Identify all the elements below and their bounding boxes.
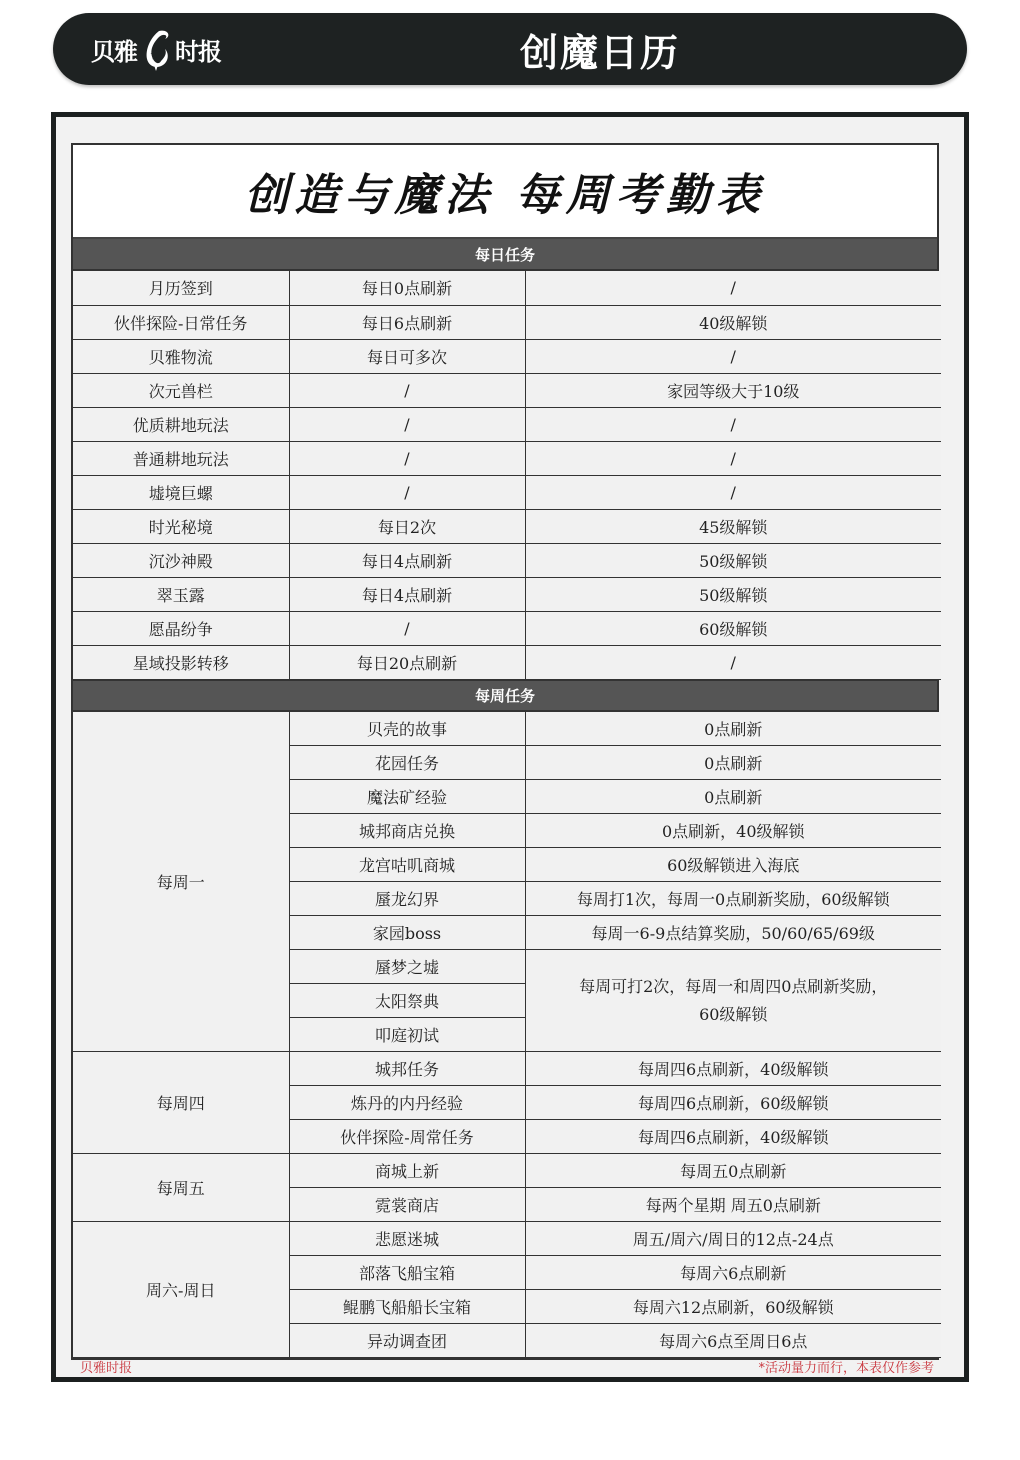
cell-name: 太阳祭典 — [289, 984, 525, 1018]
cell-note: 每周五0点刷新 — [525, 1154, 941, 1188]
table-row: 伙伴探险-日常任务每日6点刷新40级解锁 — [73, 305, 941, 339]
cell-name: 普通耕地玩法 — [73, 441, 289, 475]
weekly-tasks-table: 每周一贝壳的故事0点刷新花园任务0点刷新魔法矿经验0点刷新城邦商店兑换0点刷新，… — [73, 712, 941, 1359]
section-header-daily: 每日任务 — [73, 239, 937, 271]
cell-name: 花园任务 — [289, 746, 525, 780]
cell-note: 45级解锁 — [525, 509, 941, 543]
table-row: 沉沙神殿每日4点刷新50级解锁 — [73, 543, 941, 577]
cell-name: 魔法矿经验 — [289, 780, 525, 814]
table-row: 时光秘境每日2次45级解锁 — [73, 509, 941, 543]
cell-refresh: 每日可多次 — [289, 339, 525, 373]
cell-name: 霓裳商店 — [289, 1188, 525, 1222]
cell-name: 墟境巨螺 — [73, 475, 289, 509]
cell-note: 0点刷新 — [525, 746, 941, 780]
footer-disclaimer: *活动量力而行，本表仅作参考 — [758, 1357, 934, 1376]
attendance-sheet: 创造与魔法 每周考勤表 每日任务 月历签到每日0点刷新/伙伴探险-日常任务每日6… — [51, 112, 969, 1382]
cell-day: 每周四 — [73, 1052, 289, 1154]
table-row: 每周五商城上新每周五0点刷新 — [73, 1154, 941, 1188]
cell-day: 每周一 — [73, 712, 289, 1052]
cell-name: 伙伴探险-日常任务 — [73, 305, 289, 339]
table-row: 优质耕地玩法// — [73, 407, 941, 441]
table-row: 贝雅物流每日可多次/ — [73, 339, 941, 373]
cell-note: / — [525, 645, 941, 679]
cell-name: 月历签到 — [73, 271, 289, 305]
cell-name: 炼丹的内丹经验 — [289, 1086, 525, 1120]
cell-note: / — [525, 441, 941, 475]
cell-refresh: / — [289, 373, 525, 407]
cell-note: 每周六12点刷新，60级解锁 — [525, 1290, 941, 1324]
table-row: 普通耕地玩法// — [73, 441, 941, 475]
cell-refresh: / — [289, 441, 525, 475]
cell-note: 每周打1次，每周一0点刷新奖励，60级解锁 — [525, 882, 941, 916]
cell-name: 鲲鹏飞船船长宝箱 — [289, 1290, 525, 1324]
cell-note: / — [525, 407, 941, 441]
cell-note: / — [525, 339, 941, 373]
daily-tasks-table: 月历签到每日0点刷新/伙伴探险-日常任务每日6点刷新40级解锁贝雅物流每日可多次… — [73, 271, 941, 680]
cell-note: 50级解锁 — [525, 577, 941, 611]
footer-source: 贝雅时报 — [80, 1357, 132, 1376]
cell-name: 蜃梦之墟 — [289, 950, 525, 984]
cell-refresh: / — [289, 407, 525, 441]
cell-note: 每周四6点刷新，40级解锁 — [525, 1052, 941, 1086]
cell-name: 沉沙神殿 — [73, 543, 289, 577]
table-row: 周六-周日悲愿迷城周五/周六/周日的12点-24点 — [73, 1222, 941, 1256]
cell-note: 60级解锁进入海底 — [525, 848, 941, 882]
table-row: 每周一贝壳的故事0点刷新 — [73, 712, 941, 746]
cell-name: 优质耕地玩法 — [73, 407, 289, 441]
cell-name: 悲愿迷城 — [289, 1222, 525, 1256]
merged-note-line2: 60级解锁 — [526, 1001, 942, 1029]
attendance-table: 创造与魔法 每周考勤表 每日任务 月历签到每日0点刷新/伙伴探险-日常任务每日6… — [71, 143, 939, 1360]
cell-note: 60级解锁 — [525, 611, 941, 645]
cell-note: / — [525, 271, 941, 305]
cell-note: 每周一6-9点结算奖励，50/60/65/69级 — [525, 916, 941, 950]
cell-name: 叩庭初试 — [289, 1018, 525, 1052]
table-row: 每周四城邦任务每周四6点刷新，40级解锁 — [73, 1052, 941, 1086]
cell-name: 贝雅物流 — [73, 339, 289, 373]
cell-name: 时光秘境 — [73, 509, 289, 543]
cell-name: 家园boss — [289, 916, 525, 950]
cell-note: 0点刷新，40级解锁 — [525, 814, 941, 848]
cell-name: 贝壳的故事 — [289, 712, 525, 746]
cell-note: 周五/周六/周日的12点-24点 — [525, 1222, 941, 1256]
cell-note-merged: 每周可打2次，每周一和周四0点刷新奖励，60级解锁 — [525, 950, 941, 1052]
cell-refresh: 每日4点刷新 — [289, 577, 525, 611]
table-row: 愿晶纷争/60级解锁 — [73, 611, 941, 645]
document-title: 创造与魔法 每周考勤表 — [73, 145, 937, 239]
cell-refresh: 每日4点刷新 — [289, 543, 525, 577]
cell-name: 伙伴探险-周常任务 — [289, 1120, 525, 1154]
cell-refresh: 每日2次 — [289, 509, 525, 543]
cell-name: 星域投影转移 — [73, 645, 289, 679]
table-row: 墟境巨螺// — [73, 475, 941, 509]
cell-refresh: / — [289, 475, 525, 509]
cell-day: 周六-周日 — [73, 1222, 289, 1358]
cell-name: 城邦任务 — [289, 1052, 525, 1086]
cell-note: 每周四6点刷新，60级解锁 — [525, 1086, 941, 1120]
header-bar: 贝雅 时报 创魔日历 — [53, 13, 967, 85]
cell-refresh: / — [289, 611, 525, 645]
cell-refresh: 每日6点刷新 — [289, 305, 525, 339]
cell-name: 异动调查团 — [289, 1324, 525, 1358]
cell-note: 50级解锁 — [525, 543, 941, 577]
cell-refresh: 每日20点刷新 — [289, 645, 525, 679]
table-row: 星域投影转移每日20点刷新/ — [73, 645, 941, 679]
page-title: 创魔日历 — [53, 13, 967, 85]
cell-note: 0点刷新 — [525, 712, 941, 746]
cell-note: 家园等级大于10级 — [525, 373, 941, 407]
cell-name: 部落飞船宝箱 — [289, 1256, 525, 1290]
cell-note: 每两个星期 周五0点刷新 — [525, 1188, 941, 1222]
cell-name: 次元兽栏 — [73, 373, 289, 407]
cell-note: / — [525, 475, 941, 509]
cell-name: 城邦商店兑换 — [289, 814, 525, 848]
cell-name: 蜃龙幻界 — [289, 882, 525, 916]
cell-name: 翠玉露 — [73, 577, 289, 611]
section-header-weekly: 每周任务 — [73, 680, 937, 712]
cell-refresh: 每日0点刷新 — [289, 271, 525, 305]
table-row: 翠玉露每日4点刷新50级解锁 — [73, 577, 941, 611]
cell-note: 每周六6点刷新 — [525, 1256, 941, 1290]
table-row: 月历签到每日0点刷新/ — [73, 271, 941, 305]
cell-name: 愿晶纷争 — [73, 611, 289, 645]
merged-note-line1: 每周可打2次，每周一和周四0点刷新奖励， — [526, 973, 942, 1001]
cell-note: 每周四6点刷新，40级解锁 — [525, 1120, 941, 1154]
cell-note: 每周六6点至周日6点 — [525, 1324, 941, 1358]
cell-note: 0点刷新 — [525, 780, 941, 814]
cell-name: 商城上新 — [289, 1154, 525, 1188]
cell-note: 40级解锁 — [525, 305, 941, 339]
cell-day: 每周五 — [73, 1154, 289, 1222]
table-row: 次元兽栏/家园等级大于10级 — [73, 373, 941, 407]
cell-name: 龙宫咕叽商城 — [289, 848, 525, 882]
